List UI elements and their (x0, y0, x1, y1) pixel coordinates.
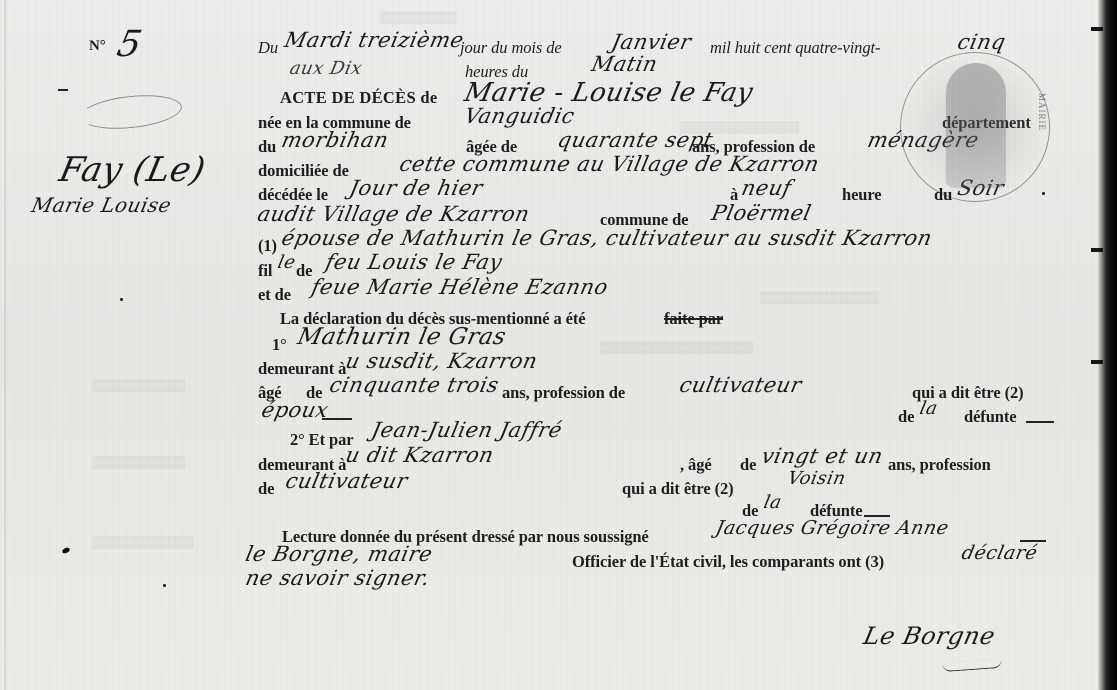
and-of-label: et de (258, 285, 291, 305)
father-name: feu Louis le Fay (323, 250, 504, 274)
declarant-1-age: cinquante trois (327, 373, 501, 397)
du-label: du (258, 137, 276, 157)
day-name: Mardi treizième (282, 28, 466, 52)
cannot-sign: ne savoir signer. (243, 566, 432, 590)
declarant-1-profession: cultivateur (677, 373, 804, 397)
child-of-suffix: le (276, 252, 298, 273)
declarant-2-residence: u dit Kzarron (343, 443, 496, 467)
ink-speck (61, 547, 70, 555)
declared-value: déclaré (960, 542, 1040, 564)
mayor-signature: Le Borgne (861, 622, 998, 650)
declarant-1-num: 1° (272, 335, 287, 355)
document-page: ▒▒▒▒▒▒▒▒▒▒▒ ▒▒▒▒▒▒▒▒▒▒▒ ▒▒▒▒▒▒▒▒▒▒▒▒ ▒▒▒… (0, 0, 1098, 690)
declarant-1-residence: u susdit, Kzarron (343, 349, 539, 373)
declarant-2-relation: Voisin (786, 468, 848, 489)
left-margin-rule (4, 0, 6, 690)
death-date: Jour de hier (347, 176, 485, 200)
officer-name: Jacques Grégoire Anne (714, 517, 951, 539)
margin-dash (58, 89, 68, 91)
de-label: de (296, 261, 312, 281)
seal-label: MAIRIE (1037, 93, 1047, 131)
declaration-struck: faite par (664, 309, 723, 329)
date-prefix: Du (258, 38, 278, 58)
period: Matin (589, 52, 659, 76)
ink-speck (120, 298, 123, 301)
officer-title: le Borgne, maire (243, 542, 434, 566)
mother-name: feue Marie Hélène Ezanno (309, 275, 610, 299)
bleed-through-text: ▒▒▒▒▒▒▒▒▒▒▒▒▒▒ (760, 290, 879, 305)
death-place: audit Village de Kzarron (255, 202, 532, 226)
birth-department: morbihan (279, 128, 390, 152)
margin-given-names: Marie Louise (29, 193, 173, 217)
bleed-through-text: ▒▒▒▒▒▒▒▒▒▒▒▒▒▒▒▒▒▒ (600, 340, 753, 355)
la-hand-1: la (918, 398, 940, 419)
hour-label: heure (842, 185, 882, 205)
signature-flourish (942, 659, 1002, 672)
declarant-2-profession: cultivateur (283, 469, 410, 493)
binding-mark (1091, 27, 1103, 31)
declarant-1-name: Mathurin le Gras (295, 324, 508, 350)
binding-mark (1091, 248, 1103, 252)
act-number-label: N° (89, 38, 106, 55)
declarant-1-relation: époux (259, 398, 330, 422)
declarant-2-name: Jean-Julien Jaffré (369, 418, 564, 442)
child-of-label: fil (258, 261, 272, 281)
fill-dash (1026, 421, 1054, 423)
officer-statement: Officier de l'État civil, les comparants… (572, 552, 884, 572)
domicile-value: cette commune au Village de Kzarron (397, 152, 821, 176)
hour: aux Dix (288, 58, 365, 79)
de-label-1b: de (898, 407, 914, 427)
deceased-label-1: défunte (964, 407, 1016, 427)
de-label-2: de (740, 455, 756, 475)
la-hand-2: la (762, 492, 784, 513)
bleed-through-text: ▒▒▒▒▒▒▒▒▒▒▒ (92, 378, 186, 393)
page-binding-edge (1098, 0, 1117, 690)
act-title: ACTE DE DÉCÈS de (280, 88, 437, 108)
declarant-2-intro: 2° Et par (290, 430, 353, 450)
death-hour: neuf (739, 176, 793, 200)
birth-commune: Vanguidic (462, 104, 576, 128)
fill-dash (322, 418, 352, 420)
bleed-through-text: ▒▒▒▒▒▒▒▒▒ (380, 10, 457, 25)
profession-label-1: ans, profession de (502, 383, 625, 403)
margin-flourish (79, 91, 184, 133)
de-label-3: de (258, 479, 274, 499)
month: Janvier (609, 30, 693, 54)
said-to-be-label-2: qui a dit être (2) (622, 479, 734, 499)
bleed-through-text: ▒▒▒▒▒▒▒▒▒▒▒ (92, 455, 186, 470)
death-commune: Ploërmel (709, 201, 813, 225)
date-mid: jour du mois de (460, 38, 562, 58)
ink-speck (1042, 192, 1045, 195)
official-seal-stamp: MAIRIE (900, 52, 1050, 202)
age-label-2: , âgé (680, 455, 712, 475)
ink-speck (163, 584, 166, 587)
bleed-through-text: ▒▒▒▒▒▒▒▒▒▒▒▒ (92, 535, 194, 550)
profession-label-2: ans, profession (888, 455, 991, 475)
binding-mark (1091, 360, 1103, 364)
domicile-label: domiciliée de (258, 161, 349, 181)
footnote-ref-1: (1) (258, 236, 277, 256)
declarant-2-age: vingt et un (759, 444, 885, 468)
margin-surname: Fay (Le) (56, 150, 209, 190)
act-number-value: 5 (114, 24, 146, 65)
year-printed: mil huit cent quatre-vingt- (710, 38, 880, 58)
spouse-info: épouse de Mathurin le Gras, cultivateur … (279, 226, 934, 250)
seal-figure-icon (946, 63, 1006, 188)
year-handwritten: cinq (955, 30, 1008, 54)
